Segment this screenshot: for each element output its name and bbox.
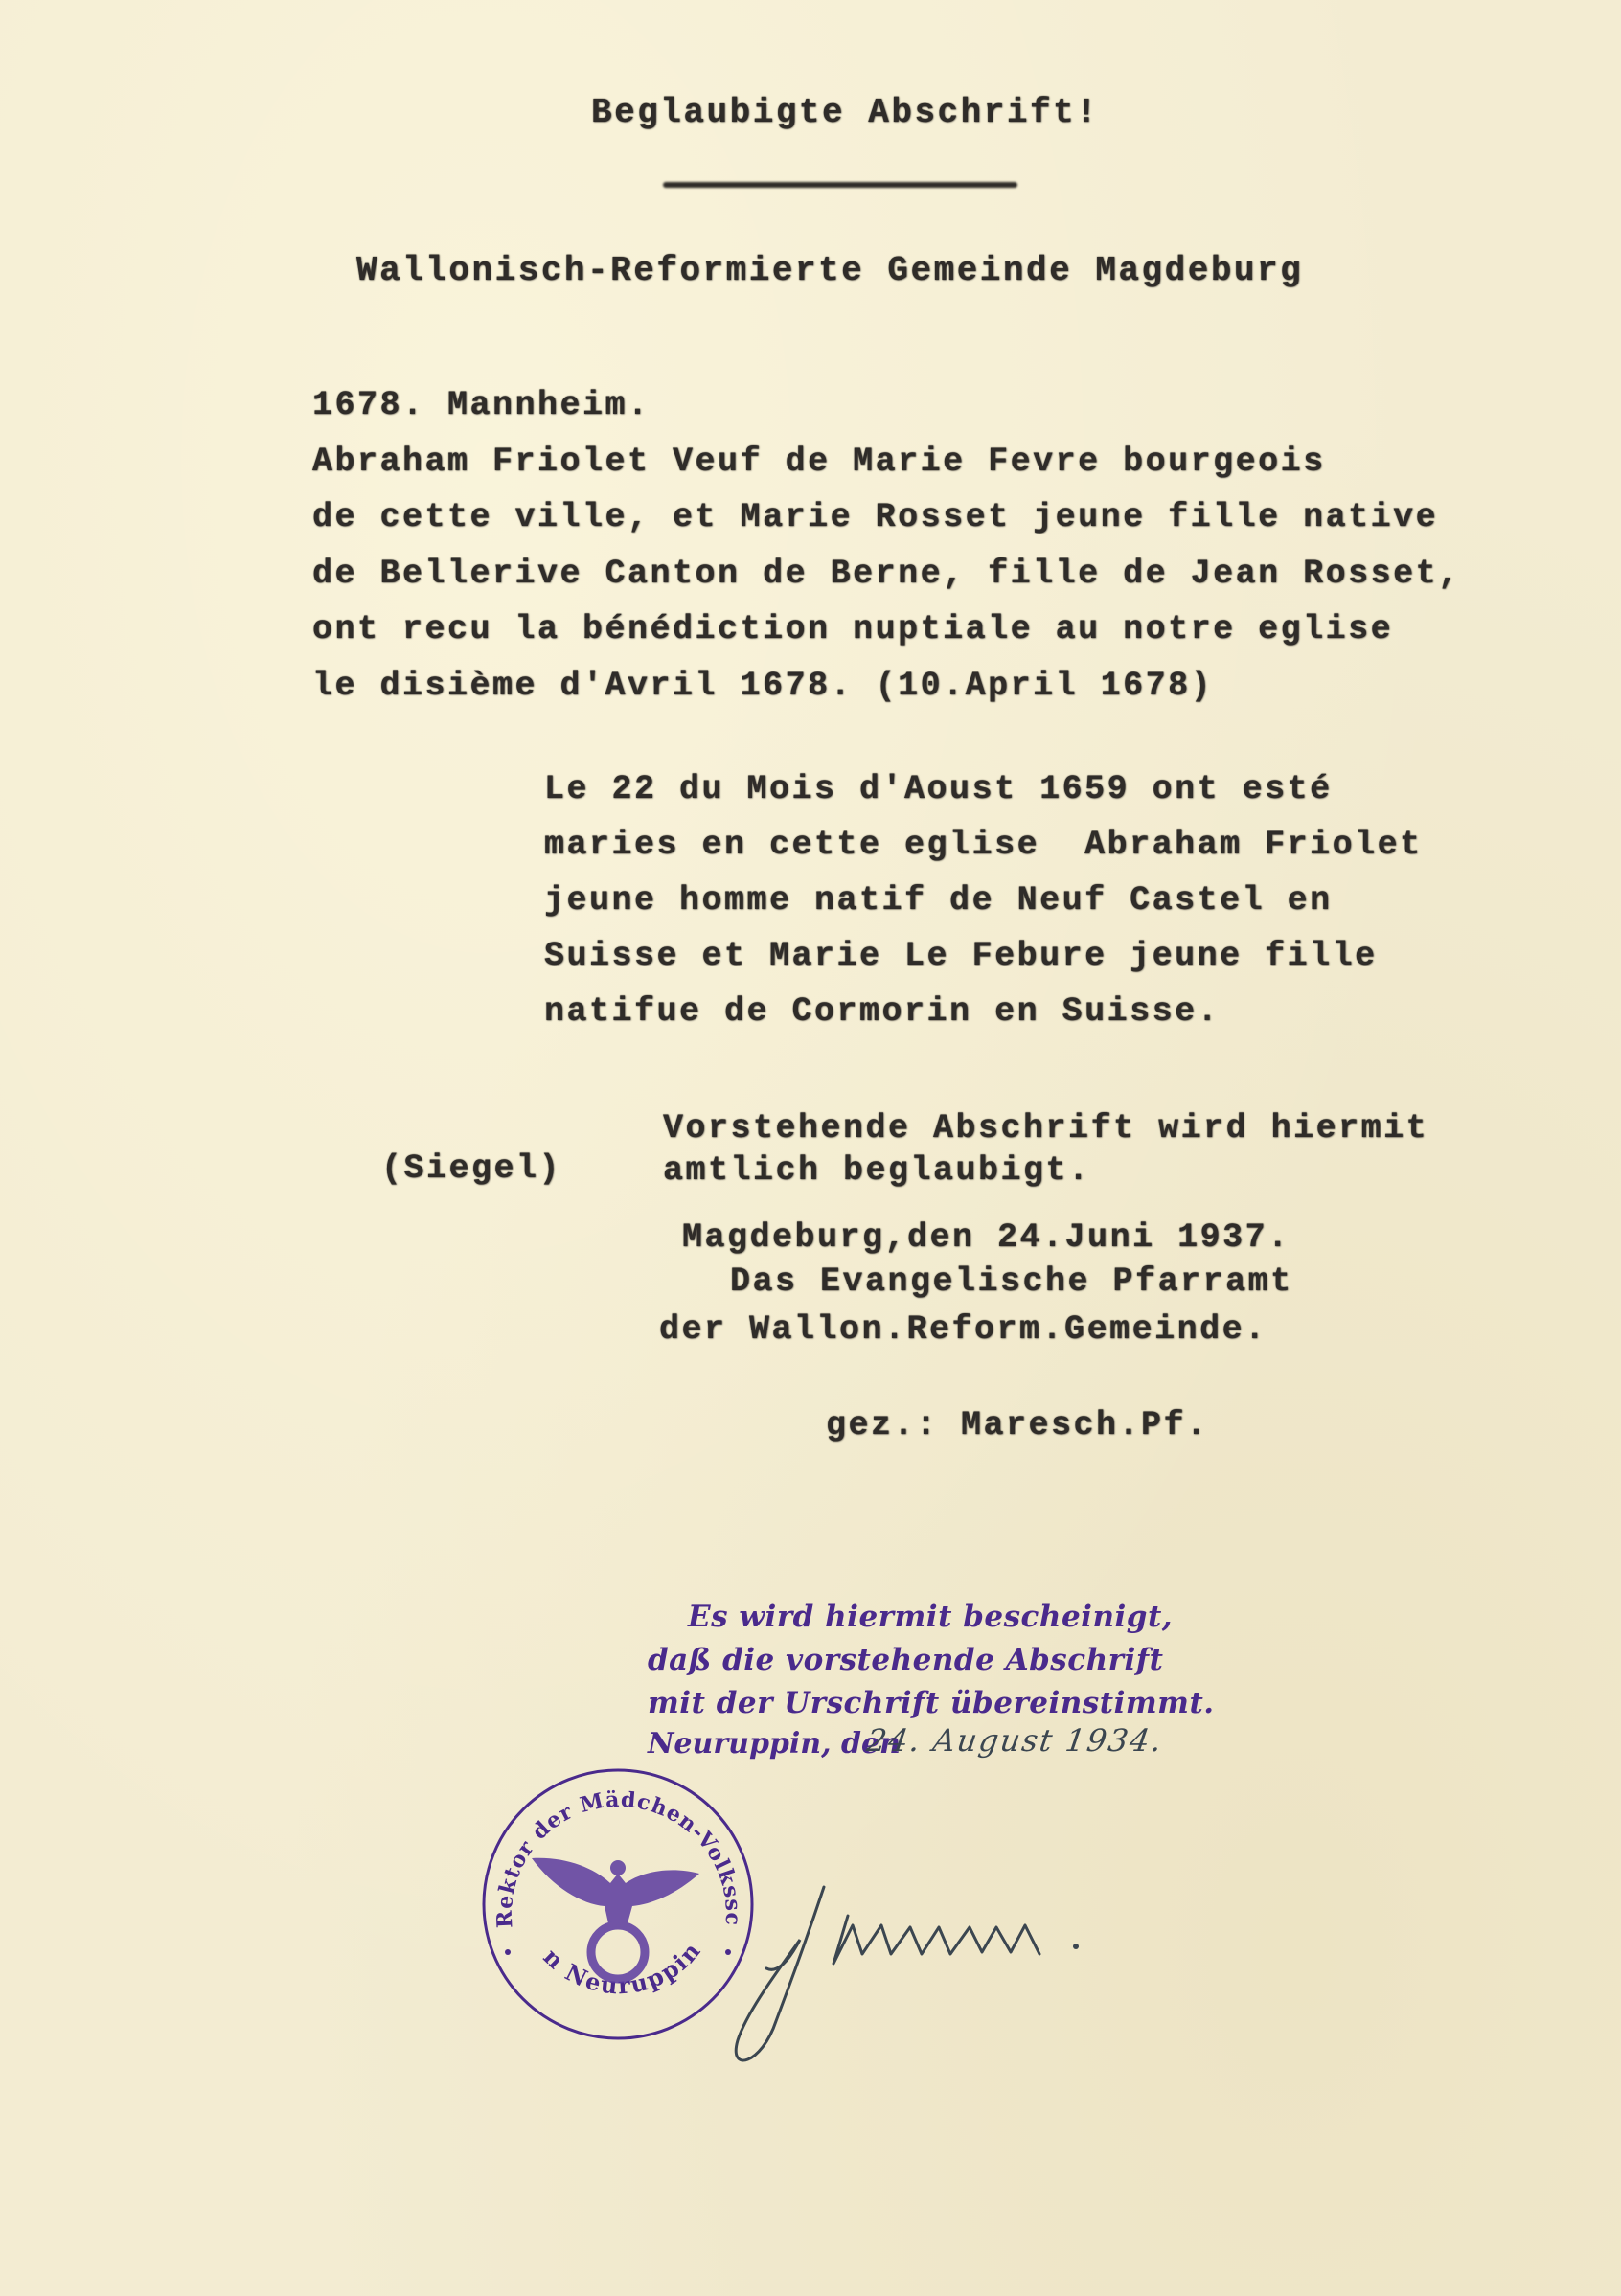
- parish-header: Wallonisch-Reformierte Gemeinde Magdebur…: [356, 251, 1303, 290]
- entry-line: le disième d'Avril 1678. (10.April 1678): [312, 667, 1213, 705]
- handwritten-date: 24. August 1934.: [864, 1722, 1165, 1759]
- entry-line: ont recu la bénédiction nuptiale au notr…: [312, 610, 1393, 648]
- title-underline: [663, 182, 1017, 188]
- marriage-entry-1659: Le 22 du Mois d'Aoust 1659 ont esté mari…: [544, 762, 1423, 1039]
- entry-line: Abraham Friolet Veuf de Marie Fevre bour…: [312, 443, 1326, 481]
- certification-text: Vorstehende Abschrift wird hiermit amtli…: [663, 1107, 1428, 1192]
- handwritten-signature-icon: [709, 1858, 1111, 2069]
- entry-line: Le 22 du Mois d'Aoust 1659 ont esté: [544, 770, 1333, 808]
- entry-line: de Bellerive Canton de Berne, fille de J…: [312, 555, 1461, 593]
- marriage-entry-1678: 1678. Mannheim. Abraham Friolet Veuf de …: [312, 377, 1461, 714]
- certification-line: amtlich beglaubigt.: [663, 1151, 1091, 1190]
- certification-signed-by: gez.: Maresch.Pf.: [826, 1406, 1209, 1444]
- entry-heading: 1678. Mannheim.: [312, 386, 651, 424]
- stamp-line: Es wird hiermit bescheinigt,: [648, 1596, 1215, 1639]
- entry-line: maries en cette eglise Abraham Friolet: [544, 826, 1423, 864]
- stamp-line: mit der Urschrift übereinstimmt.: [648, 1686, 1215, 1720]
- entry-line: de cette ville, et Marie Rosset jeune fi…: [312, 498, 1438, 536]
- entry-line: natifue de Cormorin en Suisse.: [544, 992, 1220, 1031]
- seal-label: (Siegel): [381, 1149, 561, 1188]
- document-title: Beglaubigte Abschrift!: [591, 93, 1099, 132]
- stamp-certification-text: Es wird hiermit bescheinigt,daß die vors…: [648, 1596, 1215, 1725]
- certification-office-parish: der Wallon.Reform.Gemeinde.: [659, 1310, 1267, 1349]
- certification-place-date: Magdeburg,den 24.Juni 1937.: [682, 1218, 1290, 1257]
- certification-line: Vorstehende Abschrift wird hiermit: [663, 1109, 1428, 1148]
- stamp-line: daß die vorstehende Abschrift: [648, 1643, 1163, 1677]
- entry-line: Suisse et Marie Le Febure jeune fille: [544, 937, 1378, 975]
- entry-line: jeune homme natif de Neuf Castel en: [544, 881, 1333, 920]
- stamp-place: Neuruppin, den: [648, 1727, 901, 1761]
- certification-office: Das Evangelische Pfarramt: [730, 1262, 1293, 1301]
